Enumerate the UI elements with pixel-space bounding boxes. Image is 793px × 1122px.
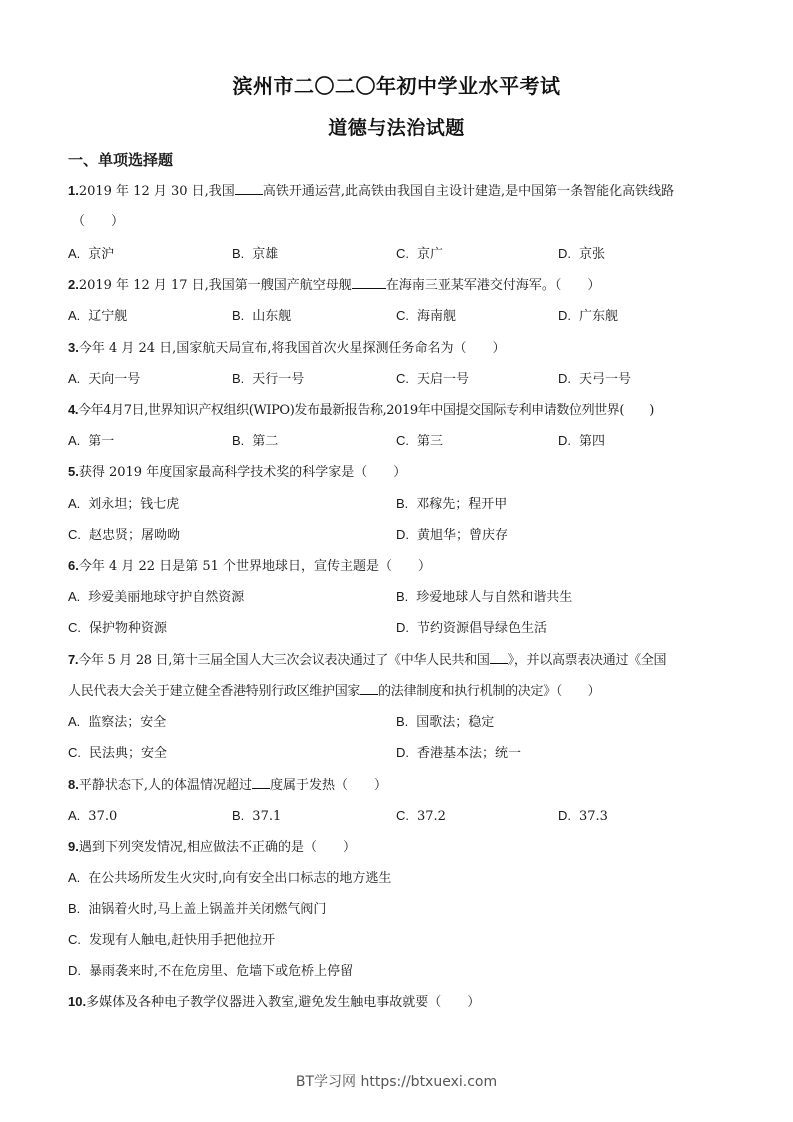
option-b: B.37.1 [232, 807, 281, 826]
option-d: D.黄旭华；曾庆存 [396, 526, 508, 545]
question-4: 4.今年4月7日,世界知识产权组织(WIPO)发布最新报告称,2019年中国提交… [68, 401, 654, 420]
option-b: B.山东舰 [232, 307, 291, 326]
exam-page: 滨州市二〇二〇年初中学业水平考试 道德与法治试题 一、单项选择题 1.2019 … [0, 0, 793, 1122]
option-b: B.第二 [232, 432, 278, 451]
option-d: D.节约资源倡导绿色生活 [396, 619, 547, 638]
option-a: A.辽宁舰 [68, 307, 127, 326]
option-d: D.天弓一号 [558, 370, 631, 389]
answer-blank [235, 182, 263, 195]
option-b: B.珍爱地球人与自然和谐共生 [396, 588, 572, 607]
option-b: B.油锅着火时,马上盖上锅盖并关闭燃气阀门 [68, 900, 326, 919]
option-a: A.珍爱美丽地球守护自然资源 [68, 588, 244, 607]
option-d: D.第四 [558, 432, 605, 451]
option-a: A.37.0 [68, 807, 117, 826]
question-6: 6.今年 4 月 22 日是第 51 个世界地球日，宣传主题是（ ） [68, 557, 431, 576]
option-c: C.发现有人触电,赶快用手把他拉开 [68, 931, 275, 950]
option-d: D.37.3 [558, 807, 608, 826]
option-c: C.民法典；安全 [68, 744, 167, 763]
option-a: A.第一 [68, 432, 114, 451]
option-b: B.国歌法；稳定 [396, 713, 494, 732]
exam-subtitle: 道德与法治试题 [0, 113, 793, 140]
section-heading: 一、单项选择题 [68, 149, 173, 170]
option-c: C.37.2 [396, 807, 446, 826]
question-5: 5.获得 2019 年度国家最高科学技术奖的科学家是（ ） [68, 463, 406, 482]
answer-blank [360, 682, 378, 695]
question-7-line2: 人民代表大会关于建立健全香港特别行政区维护国家的法律制度和执行机制的决定》（ ） [68, 682, 600, 701]
question-10: 10.多媒体及各种电子教学仪器进入教室,避免发生触电事故就要（ ） [68, 993, 480, 1012]
option-b: B.天行一号 [232, 370, 304, 389]
exam-title: 滨州市二〇二〇年初中学业水平考试 [0, 70, 793, 99]
option-a: A.天向一号 [68, 370, 140, 389]
option-d: D.暴雨袭来时,不在危房里、危墙下或危桥上停留 [68, 962, 353, 981]
question-7: 7.今年 5 月 28 日,第十三届全国人大三次会议表决通过了《中华人民共和国》… [68, 651, 666, 670]
option-d: D.广东舰 [558, 307, 618, 326]
option-c: C.海南舰 [396, 307, 456, 326]
option-a: A.监察法；安全 [68, 713, 166, 732]
option-d: D.香港基本法；统一 [396, 744, 521, 763]
option-a: A.在公共场所发生火灾时,向有安全出口标志的地方逃生 [68, 869, 391, 888]
option-c: C.京广 [396, 245, 443, 264]
option-b: B.邓稼先；程开甲 [396, 495, 507, 514]
option-a: A.刘永坦；钱七虎 [68, 495, 179, 514]
answer-blank [490, 651, 508, 664]
question-8: 8.平静状态下,人的体温情况超过度属于发热（ ） [68, 776, 387, 795]
question-1: 1.2019 年 12 月 30 日,我国高铁开通运营,此高铁由我国自主设计建造… [68, 182, 674, 201]
option-c: C.保护物种资源 [68, 619, 167, 638]
question-3: 3.今年 4 月 24 日,国家航天局宣布,将我国首次火星探测任务命名为（ ） [68, 339, 505, 358]
answer-blank [352, 276, 386, 289]
option-c: C.第三 [396, 432, 443, 451]
option-c: C.天启一号 [396, 370, 469, 389]
footer-watermark: BT学习网 https://btxuexi.com [0, 1071, 793, 1091]
answer-blank [252, 776, 270, 789]
option-c: C.赵忠贤；屠呦呦 [68, 526, 180, 545]
option-a: A.京沪 [68, 245, 114, 264]
option-b: B.京雄 [232, 245, 278, 264]
question-2: 2.2019 年 12 月 17 日,我国第一艘国产航空母舰在海南三亚某军港交付… [68, 276, 600, 295]
option-d: D.京张 [558, 245, 605, 264]
question-1-paren: （ ） [72, 213, 124, 231]
question-9: 9.遇到下列突发情况,相应做法不正确的是（ ） [68, 838, 356, 857]
